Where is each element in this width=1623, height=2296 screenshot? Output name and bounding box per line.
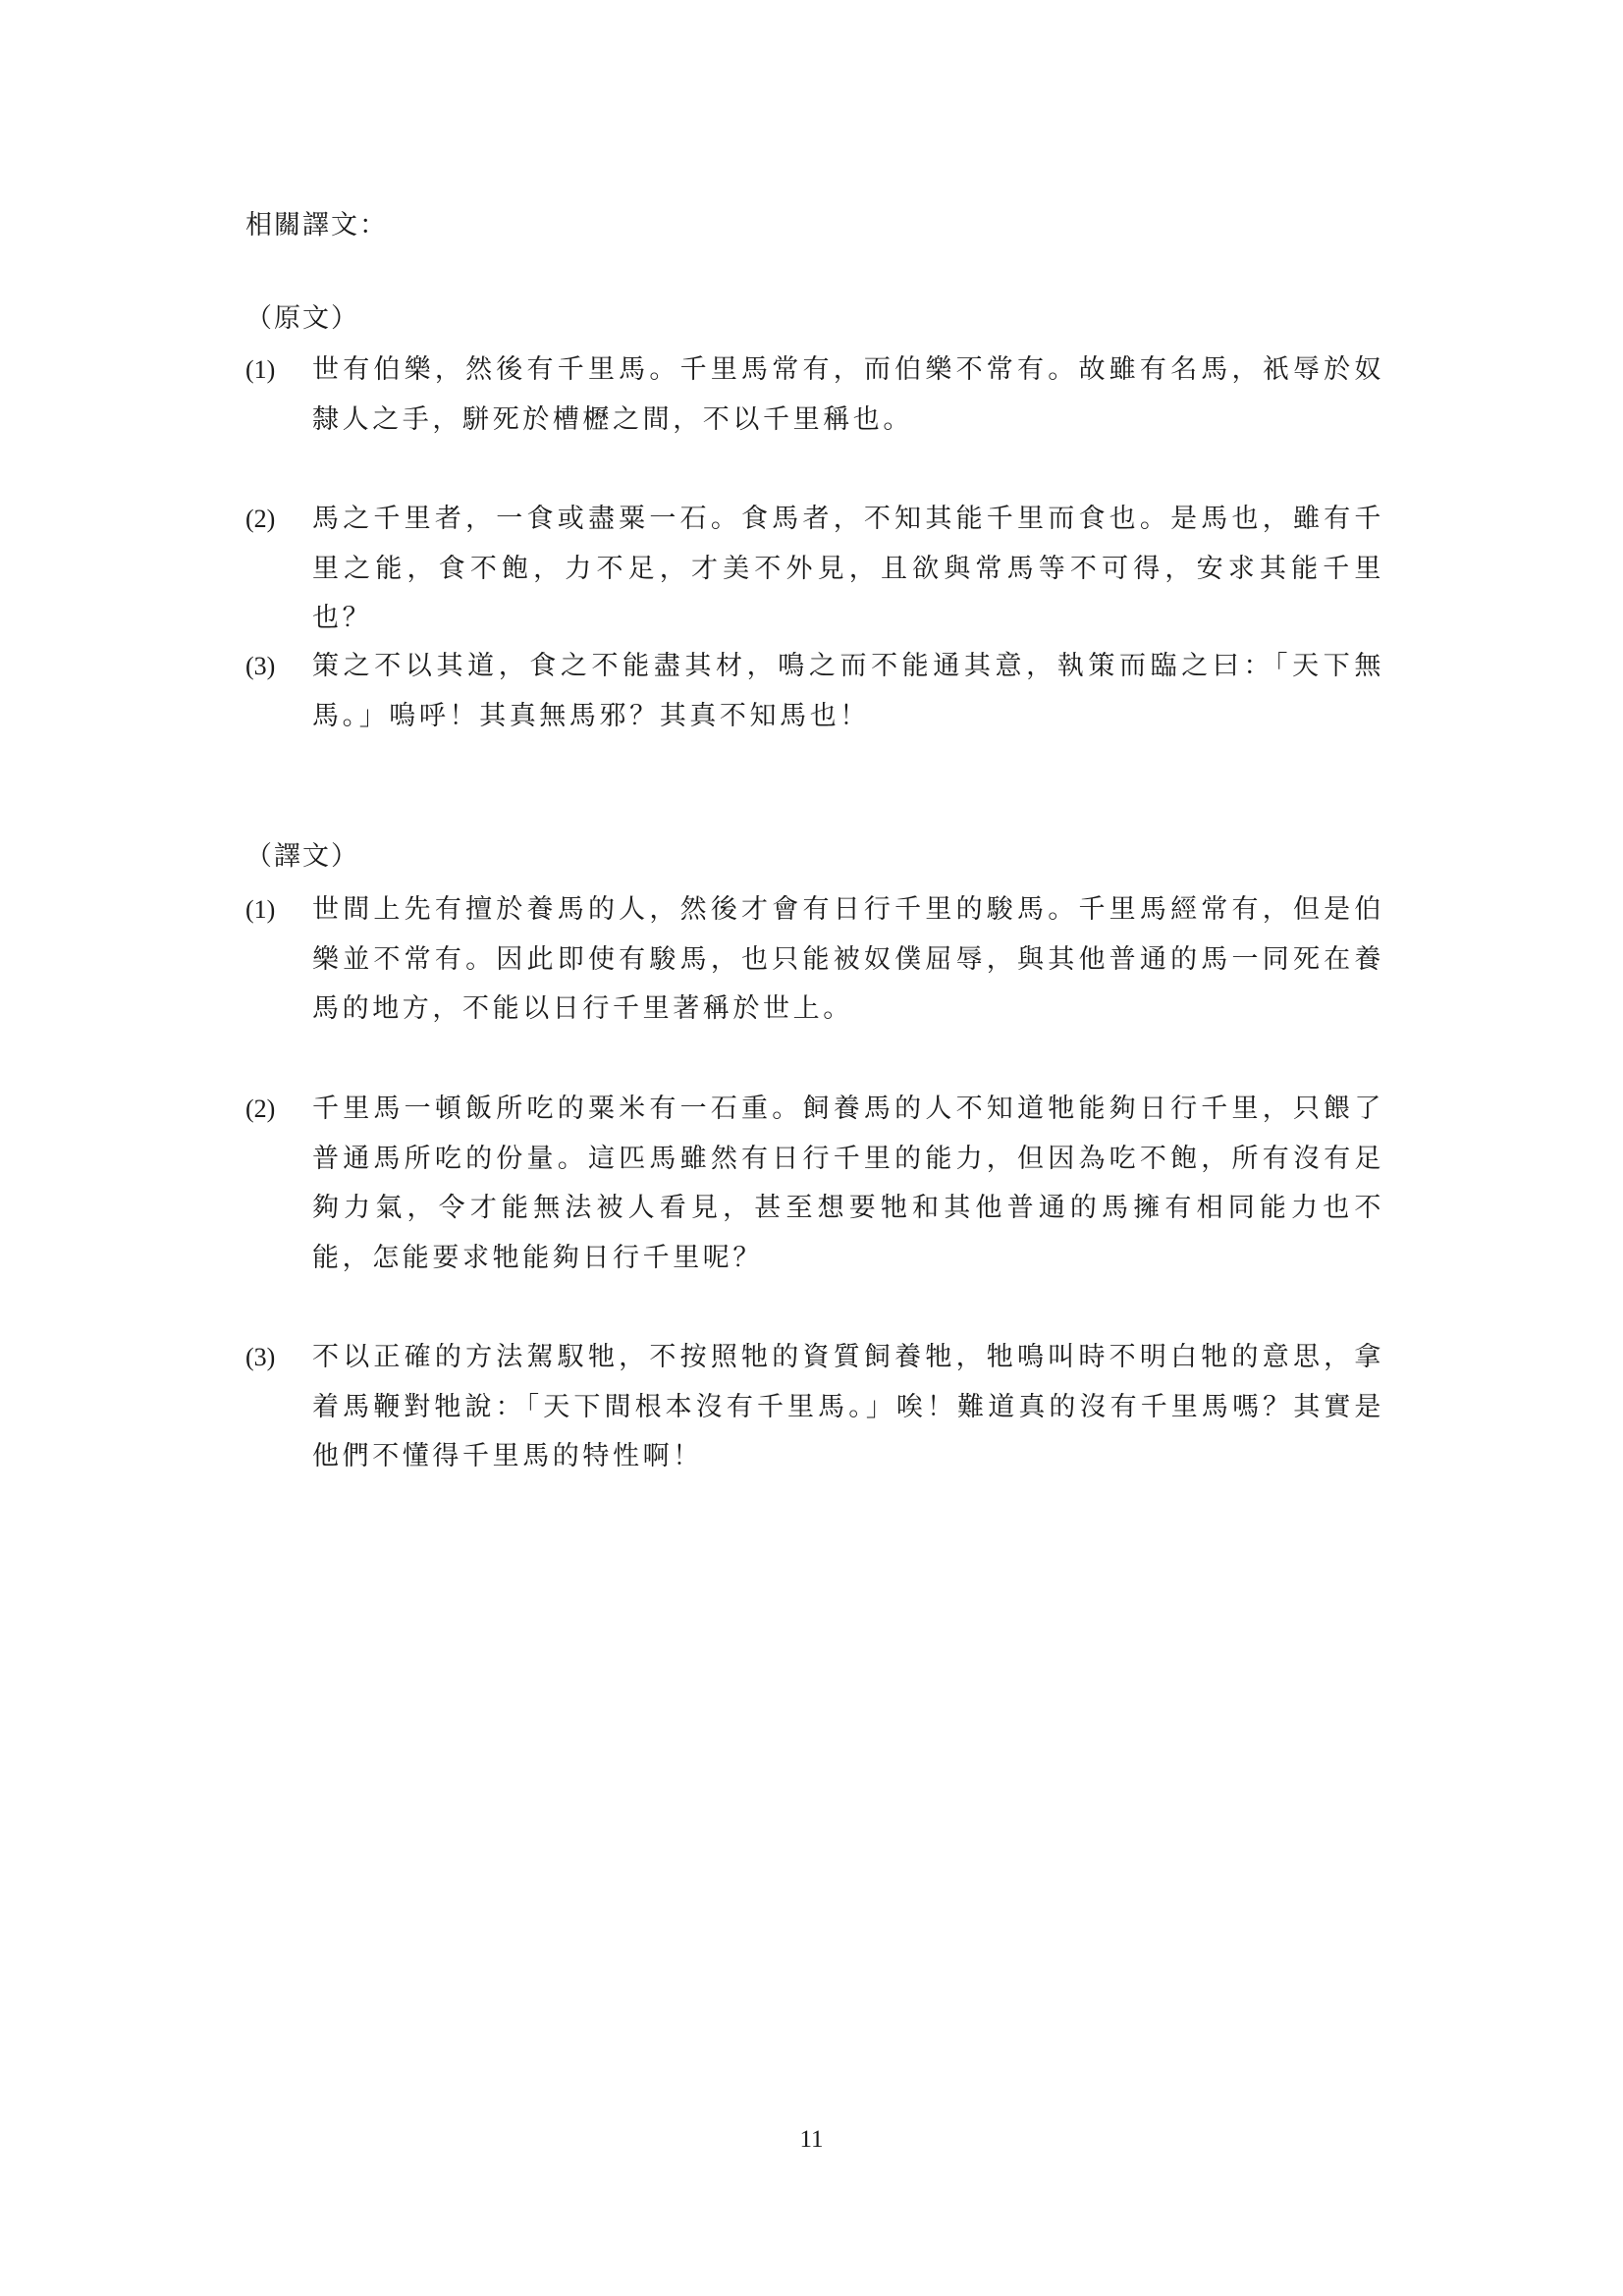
paragraph-number: (3) (245, 642, 312, 691)
paragraph-text: 策之不以其道，食之不能盡其材，鳴之而不能通其意，執策而臨之曰：「天下無馬。」嗚呼… (312, 642, 1384, 741)
translation-paragraph-1: (1) 世間上先有擅於養馬的人，然後才會有日行千里的駿馬。千里馬經常有，但是伯樂… (245, 885, 1384, 1035)
translation-paragraph-3: (3) 不以正確的方法駕馭牠，不按照牠的資質飼養牠，牠鳴叫時不明白牠的意思，拿着… (245, 1333, 1384, 1482)
paragraph-number: (2) (245, 495, 312, 544)
original-paragraph-2: (2) 馬之千里者，一食或盡粟一石。食馬者，不知其能千里而食也。是馬也，雖有千里… (245, 495, 1384, 644)
paragraph-number: (1) (245, 346, 312, 395)
page-title: 相關譯文： (245, 206, 388, 245)
paragraph-text: 不以正確的方法駕馭牠，不按照牠的資質飼養牠，牠鳴叫時不明白牠的意思，拿着馬鞭對牠… (312, 1333, 1384, 1482)
page-number: 11 (0, 2125, 1623, 2155)
translation-paragraph-2: (2) 千里馬一頓飯所吃的粟米有一石重。飼養馬的人不知道牠能夠日行千里，只餵了普… (245, 1085, 1384, 1283)
paragraph-text: 世有伯樂，然後有千里馬。千里馬常有，而伯樂不常有。故雖有名馬，祇辱於奴隸人之手，… (312, 346, 1384, 445)
section-heading-translation: （譯文） (245, 837, 359, 877)
paragraph-text: 馬之千里者，一食或盡粟一石。食馬者，不知其能千里而食也。是馬也，雖有千里之能，食… (312, 495, 1384, 644)
paragraph-text: 千里馬一頓飯所吃的粟米有一石重。飼養馬的人不知道牠能夠日行千里，只餵了普通馬所吃… (312, 1085, 1384, 1283)
paragraph-number: (1) (245, 885, 312, 934)
paragraph-text: 世間上先有擅於養馬的人，然後才會有日行千里的駿馬。千里馬經常有，但是伯樂並不常有… (312, 885, 1384, 1035)
original-paragraph-1: (1) 世有伯樂，然後有千里馬。千里馬常有，而伯樂不常有。故雖有名馬，祇辱於奴隸… (245, 346, 1384, 445)
original-paragraph-3: (3) 策之不以其道，食之不能盡其材，鳴之而不能通其意，執策而臨之曰：「天下無馬… (245, 642, 1384, 741)
section-heading-original: （原文） (245, 299, 359, 339)
document-page: 相關譯文： （原文） (1) 世有伯樂，然後有千里馬。千里馬常有，而伯樂不常有。… (0, 0, 1623, 2296)
paragraph-number: (3) (245, 1333, 312, 1382)
paragraph-number: (2) (245, 1085, 312, 1134)
